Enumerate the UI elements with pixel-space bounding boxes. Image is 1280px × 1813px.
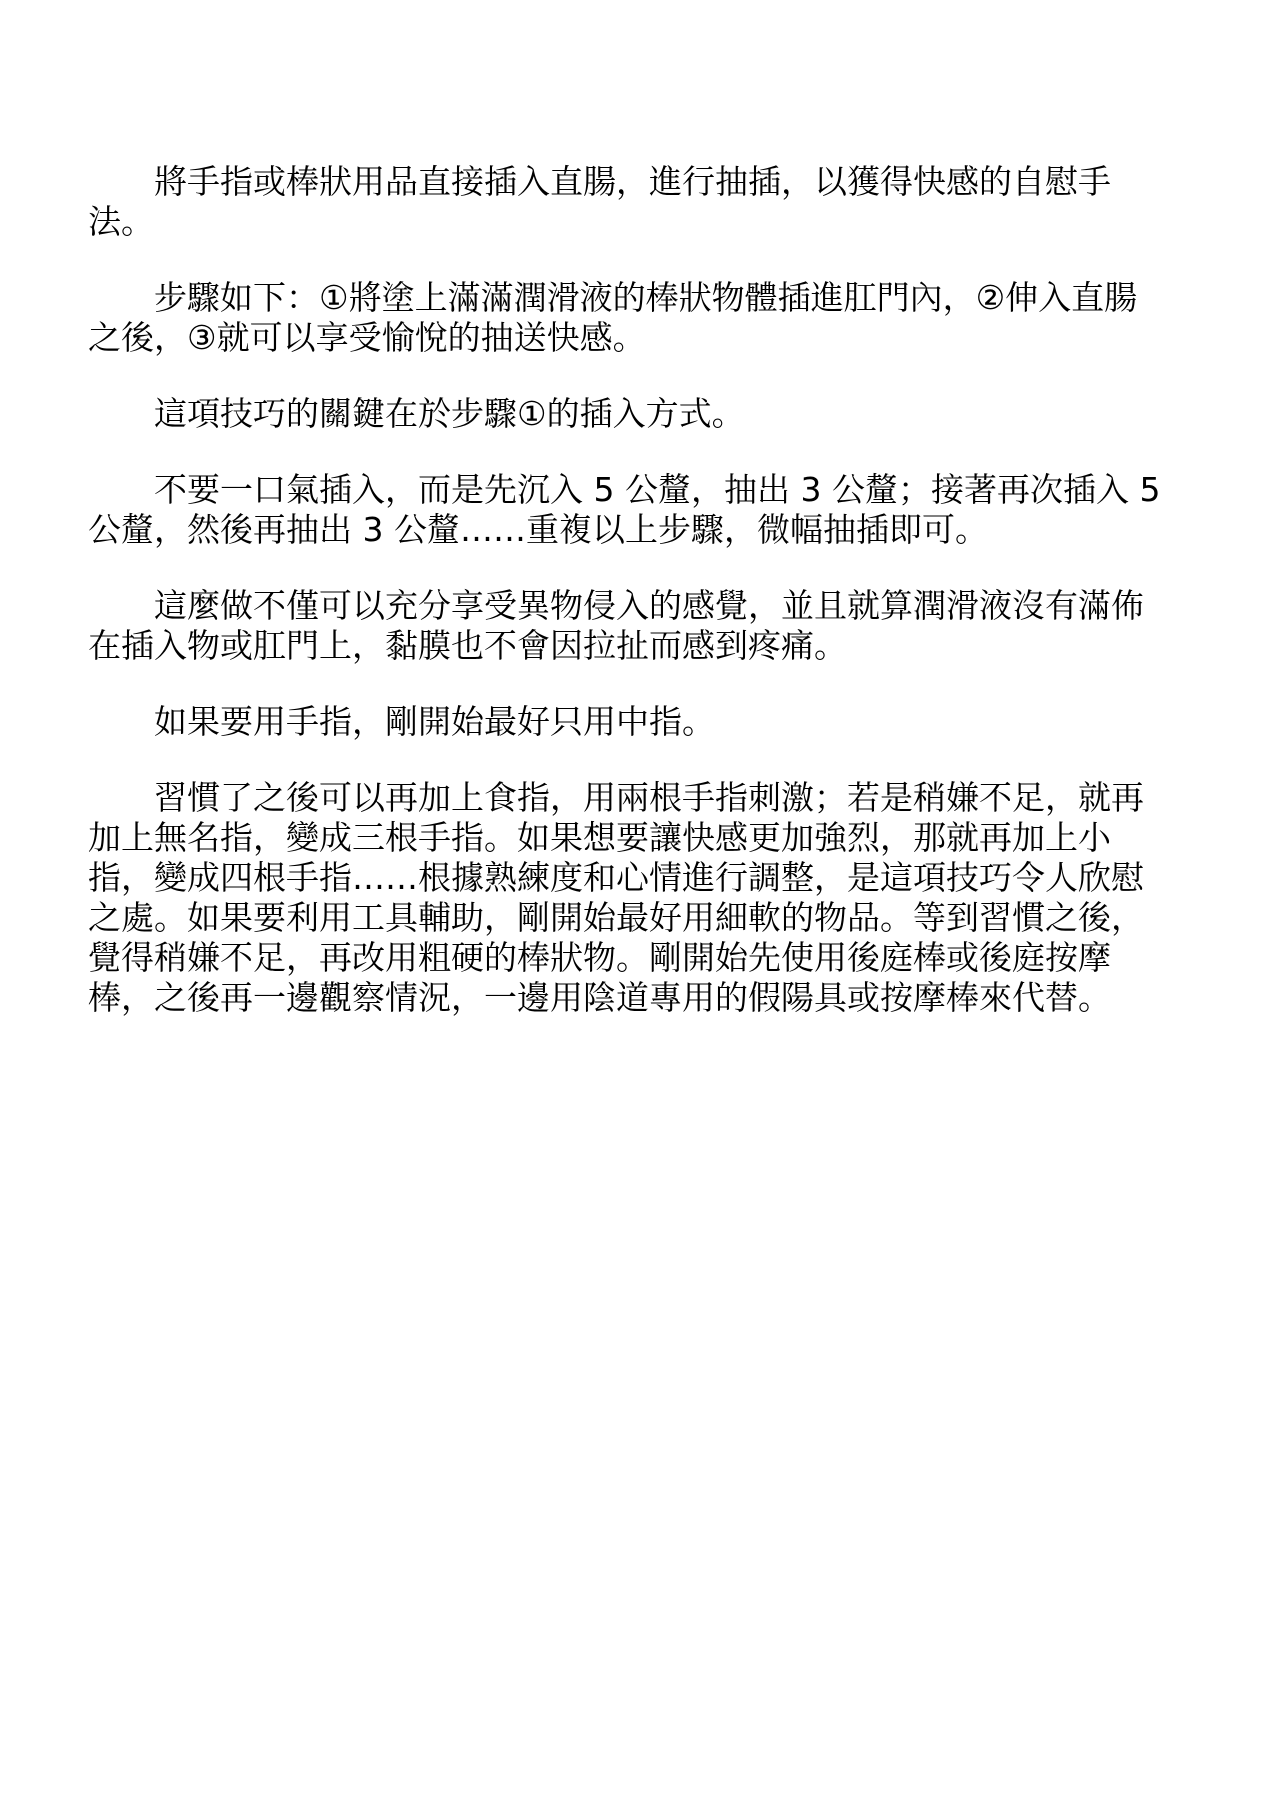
paragraph: 不要一口氣插入，而是先沉入 5 公釐，抽出 3 公釐；接著再次插入 5 公釐，然… bbox=[88, 470, 1194, 550]
document-page: 將手指或棒狀用品直接插入直腸，進行抽插，以獲得快感的自慰手 法。 步驟如下：①將… bbox=[0, 0, 1280, 1813]
text-line: 這項技巧的關鍵在於步驟①的插入方式。 bbox=[88, 394, 1194, 434]
paragraph: 將手指或棒狀用品直接插入直腸，進行抽插，以獲得快感的自慰手 法。 bbox=[88, 162, 1194, 242]
paragraph: 如果要用手指，剛開始最好只用中指。 bbox=[88, 702, 1194, 742]
text-line: 棒，之後再一邊觀察情況，一邊用陰道專用的假陽具或按摩棒來代替。 bbox=[88, 978, 1194, 1018]
text-line: 不要一口氣插入，而是先沉入 5 公釐，抽出 3 公釐；接著再次插入 5 bbox=[88, 470, 1194, 510]
paragraph: 習慣了之後可以再加上食指，用兩根手指刺激；若是稍嫌不足，就再 加上無名指，變成三… bbox=[88, 778, 1194, 1018]
text-line: 習慣了之後可以再加上食指，用兩根手指刺激；若是稍嫌不足，就再 bbox=[88, 778, 1194, 818]
paragraph: 這麼做不僅可以充分享受異物侵入的感覺，並且就算潤滑液沒有滿佈 在插入物或肛門上，… bbox=[88, 586, 1194, 666]
text-line: 法。 bbox=[88, 202, 1194, 242]
text-line: 如果要用手指，剛開始最好只用中指。 bbox=[88, 702, 1194, 742]
text-line: 將手指或棒狀用品直接插入直腸，進行抽插，以獲得快感的自慰手 bbox=[88, 162, 1194, 202]
text-line: 覺得稍嫌不足，再改用粗硬的棒狀物。剛開始先使用後庭棒或後庭按摩 bbox=[88, 938, 1194, 978]
text-line: 指，變成四根手指……根據熟練度和心情進行調整，是這項技巧令人欣慰 bbox=[88, 858, 1194, 898]
paragraph: 步驟如下：①將塗上滿滿潤滑液的棒狀物體插進肛門內，②伸入直腸 之後，③就可以享受… bbox=[88, 278, 1194, 358]
text-line: 之後，③就可以享受愉悅的抽送快感。 bbox=[88, 318, 1194, 358]
text-line: 之處。如果要利用工具輔助，剛開始最好用細軟的物品。等到習慣之後， bbox=[88, 898, 1194, 938]
text-line: 在插入物或肛門上，黏膜也不會因拉扯而感到疼痛。 bbox=[88, 626, 1194, 666]
text-line: 加上無名指，變成三根手指。如果想要讓快感更加強烈，那就再加上小 bbox=[88, 818, 1194, 858]
paragraph: 這項技巧的關鍵在於步驟①的插入方式。 bbox=[88, 394, 1194, 434]
text-line: 公釐，然後再抽出 3 公釐……重複以上步驟，微幅抽插即可。 bbox=[88, 510, 1194, 550]
text-line: 這麼做不僅可以充分享受異物侵入的感覺，並且就算潤滑液沒有滿佈 bbox=[88, 586, 1194, 626]
text-line: 步驟如下：①將塗上滿滿潤滑液的棒狀物體插進肛門內，②伸入直腸 bbox=[88, 278, 1194, 318]
